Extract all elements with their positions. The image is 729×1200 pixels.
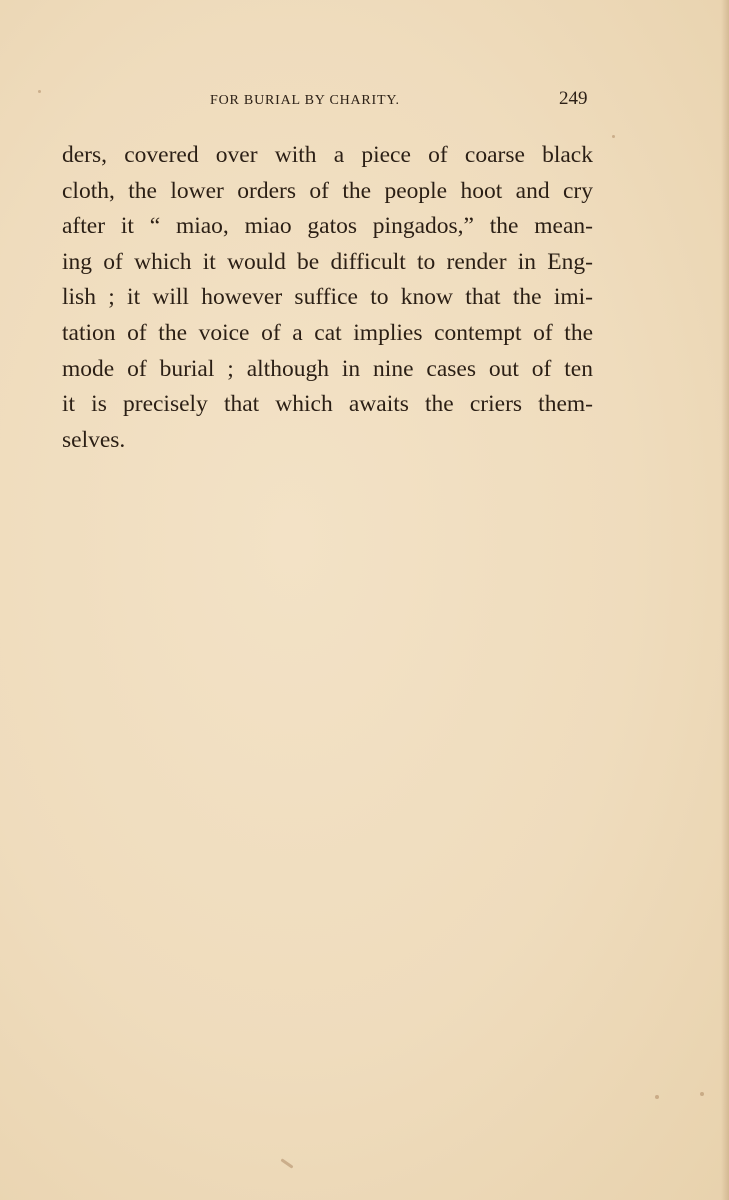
text-line: cloth, the lower orders of the people ho… <box>62 174 593 210</box>
text-line-last: selves. <box>62 423 593 459</box>
page-edge-shadow <box>721 0 729 1200</box>
running-title: FOR BURIAL BY CHARITY. <box>210 93 400 109</box>
text-line: after it “ miao, miao gatos pingados,” t… <box>62 209 593 245</box>
text-line: tation of the voice of a cat implies con… <box>62 316 593 352</box>
show-through-text <box>40 420 640 1110</box>
page-header: FOR BURIAL BY CHARITY. 249 <box>0 88 729 114</box>
text-line: ders, covered over with a piece of coars… <box>62 138 593 174</box>
text-line: it is precisely that which awaits the cr… <box>62 387 593 423</box>
paper-spot <box>280 1158 293 1168</box>
paper-spot <box>38 90 41 93</box>
text-line: mode of burial ; although in nine cases … <box>62 352 593 388</box>
paper-spot <box>655 1095 659 1099</box>
text-line: lish ; it will however suffice to know t… <box>62 280 593 316</box>
text-line: ing of which it would be difficult to re… <box>62 245 593 281</box>
page-number: 249 <box>559 88 588 110</box>
paper-spot <box>700 1092 704 1096</box>
paper-spot <box>612 135 615 138</box>
body-text: ders, covered over with a piece of coars… <box>62 138 593 458</box>
